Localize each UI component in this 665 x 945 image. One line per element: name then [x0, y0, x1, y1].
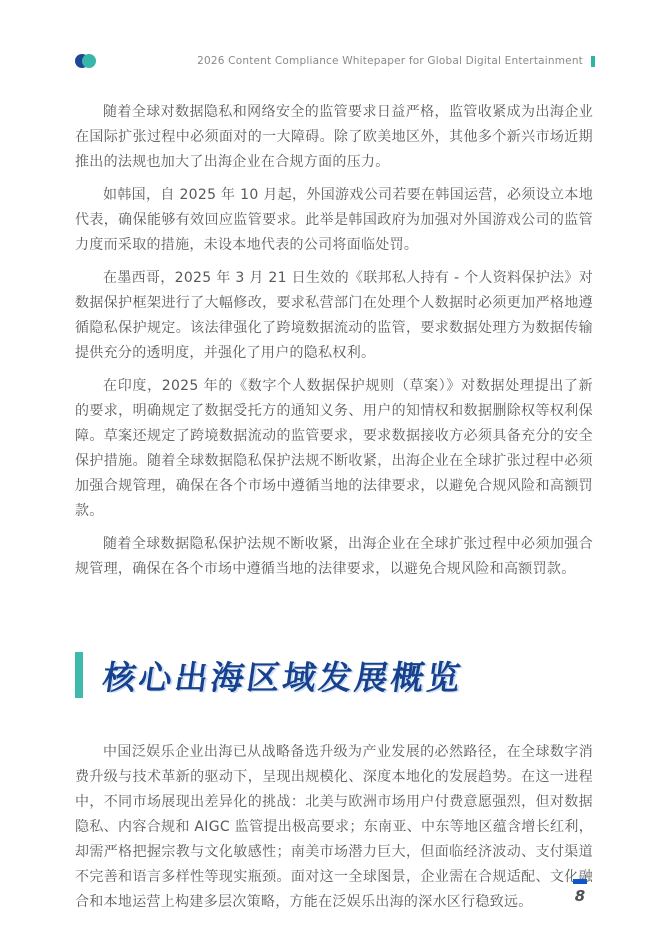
header-accent-bar — [591, 56, 595, 67]
paragraph-india: 在印度，2025 年的《数字个人数据保护规则（草案）》对数据处理提出了新的要求，… — [75, 374, 593, 524]
page-content: 随着全球对数据隐私和网络安全的监管要求日益严格，监管收紧成为出海企业在国际扩张过… — [75, 100, 593, 923]
section-accent-bar — [75, 652, 83, 698]
footer-accent-bar — [573, 879, 587, 884]
logo-circle-teal-icon — [82, 54, 96, 68]
page-number: 8 — [571, 887, 589, 905]
page-header: 2026 Content Compliance Whitepaper for G… — [75, 50, 595, 72]
paragraph-compliance-summary: 随着全球数据隐私保护法规不断收紧，出海企业在全球扩张过程中必须加强合规管理，确保… — [75, 532, 593, 582]
section-heading: 核心出海区域发展概览 — [75, 650, 593, 700]
section-title: 核心出海区域发展概览 — [100, 652, 467, 699]
page-footer: 8 — [571, 879, 589, 905]
header-right-group: 2026 Content Compliance Whitepaper for G… — [197, 55, 595, 67]
paragraph-korea: 如韩国，自 2025 年 10 月起，外国游戏公司若要在韩国运营，必须设立本地代… — [75, 183, 593, 258]
paragraph-regulation-overview: 随着全球对数据隐私和网络安全的监管要求日益严格，监管收紧成为出海企业在国际扩张过… — [75, 100, 593, 175]
header-title: 2026 Content Compliance Whitepaper for G… — [197, 55, 583, 67]
document-page: 2026 Content Compliance Whitepaper for G… — [0, 0, 665, 945]
brand-logo — [75, 53, 101, 69]
paragraph-mexico: 在墨西哥，2025 年 3 月 21 日生效的《联邦私人持有 - 个人资料保护法… — [75, 266, 593, 366]
paragraph-region-overview: 中国泛娱乐企业出海已从战略备选升级为产业发展的必然路径，在全球数字消费升级与技术… — [75, 740, 593, 915]
